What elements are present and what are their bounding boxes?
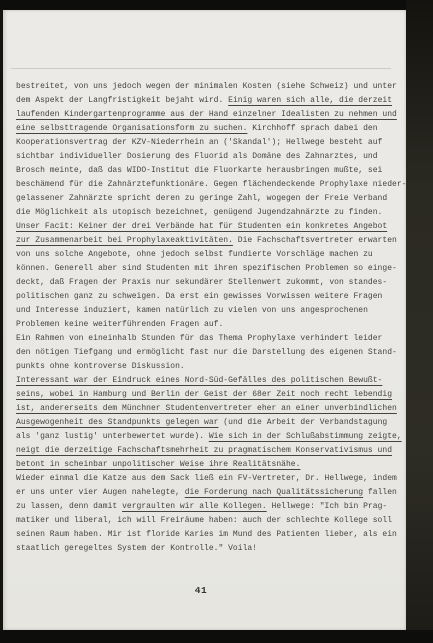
text-line: Interessant war der Eindruck eines Nord-… [16,374,406,388]
text-line: als 'ganz lustig' unterbewertet wurde). … [16,430,406,444]
text-line: sichtbar individueller Dosierung des Flu… [16,150,406,164]
text-line: gelassener Zahnärzte spricht deren zu ge… [16,192,406,206]
text-line: staatlich geregeltes System der Kontroll… [16,542,406,556]
scanned-page: { "document": { "page_number": "41", "pa… [0,0,433,643]
text-line: eine selbsttragende Organisationsform zu… [16,122,406,136]
text-line: ist, andererseits dem Münchner Studenten… [16,402,406,416]
text-line: die Möglichkeit als utopisch bezeichnet,… [16,206,406,220]
page-number: 41 [3,585,399,596]
text-line: Brosch meinte, daß das WIDO-Institut die… [16,164,406,178]
text-line: Kooperationsvertrag der KZV-Niederrhein … [16,136,406,150]
text-line: zur Zusammenarbeit bei Prophylaxeaktivit… [16,234,406,248]
text-line: seins, wobei in Hamburg und Berlin der G… [16,388,406,402]
text-line: beschämend für die Zahnärztefunktionäre.… [16,178,406,192]
text-line: Ein Rahmen von eineinhalb Stunden für da… [16,332,406,346]
text-line: laufenden Kindergartenprogramme aus der … [16,108,406,122]
text-line: zu lassen, denn damit vergraulten wir al… [16,500,406,514]
text-line: betont in scheinbar unpolitischer Weise … [16,458,406,472]
text-line: von uns solche Angebote, ohne jedoch sel… [16,248,406,262]
text-line: seinen Raum haben. Mir ist floride Karie… [16,528,406,542]
text-line: den nötigen Tiefgang und ermöglicht fast… [16,346,406,360]
text-line: Problemen keine weiterführenden Fragen a… [16,318,406,332]
text-line: punkts ohne kontroverse Diskussion. [16,360,406,374]
body-text: bestreitet, von uns jedoch wegen der min… [16,80,406,556]
text-line: er uns unter vier Augen nahelegte, die F… [16,486,406,500]
scan-border-bottom [0,630,433,643]
scan-border-right [406,0,433,643]
text-line: Wieder einmal die Katze aus dem Sack lie… [16,472,406,486]
text-line: dem Aspekt der Langfristigkeit bejaht wi… [16,94,406,108]
paper: bestreitet, von uns jedoch wegen der min… [3,10,406,630]
text-line: matiker und liberal, ich will Freiräume … [16,514,406,528]
text-line: neigt die derzeitige Fachschaftsmehrheit… [16,444,406,458]
text-line: politischen ganz zu schweigen. Da erst e… [16,290,406,304]
text-line: und Interesse induziert, kamen natürlich… [16,304,406,318]
scan-border-top [0,0,433,10]
text-line: Ausgewogenheit des Standpunkts gelegen w… [16,416,406,430]
text-line: deckt, daß Fragen der Praxis nur sekundä… [16,276,406,290]
text-line: können. Generell aber sind Studenten mit… [16,262,406,276]
scan-artifact-line [11,68,391,69]
text-line: bestreitet, von uns jedoch wegen der min… [16,80,406,94]
text-line: Unser Facit: Keiner der drei Verbände ha… [16,220,406,234]
